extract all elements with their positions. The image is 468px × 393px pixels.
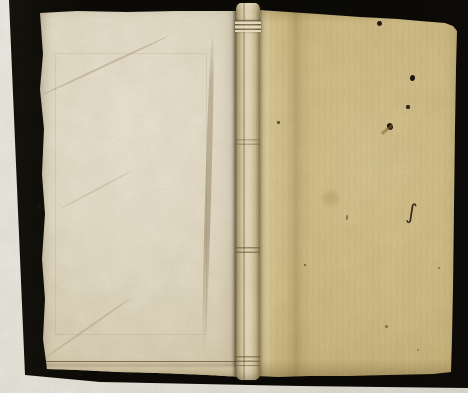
photo-of-antique-book: ∫ (0, 0, 468, 393)
stitch-joint (236, 247, 260, 256)
left-page-cover (37, 9, 241, 379)
stitch-joint (236, 356, 260, 366)
stitch-band (235, 20, 261, 32)
stitch-joint (236, 139, 260, 145)
spine-binding-strip (236, 3, 260, 380)
paper-fiber-streaks (258, 8, 462, 378)
page-impression-outline (55, 53, 207, 335)
right-page-cover (258, 8, 462, 378)
spine-split-line (243, 3, 245, 380)
